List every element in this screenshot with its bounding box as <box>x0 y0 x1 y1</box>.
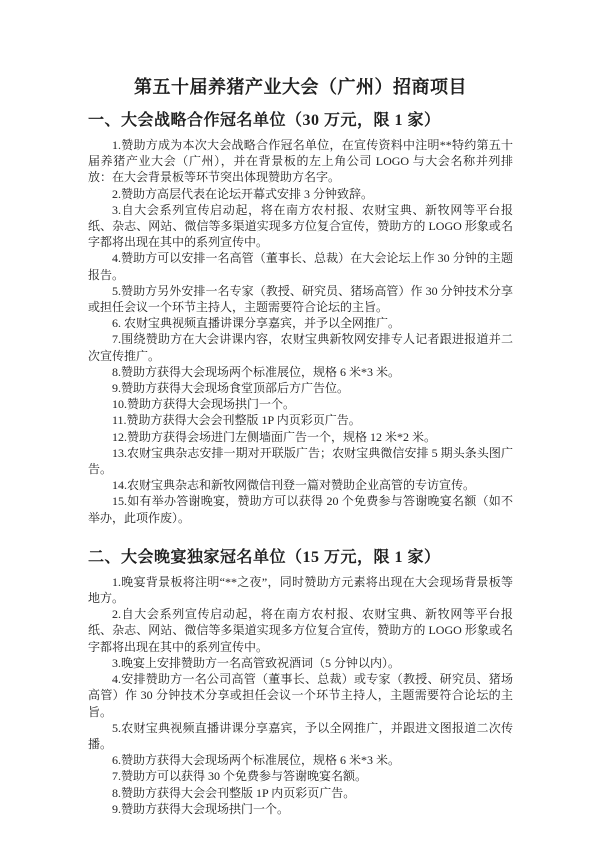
list-item: 2.赞助方高层代表在论坛开幕式安排 3 分钟致辞。 <box>88 186 513 202</box>
list-item: 7.赞助方可以获得 30 个免费参与答谢晚宴名额。 <box>88 768 513 784</box>
section-heading: 二、大会晚宴独家冠名单位（15 万元，限 1 家） <box>88 546 513 569</box>
list-item: 13.农财宝典杂志安排一期对开联版广告；农财宝典微信安排 5 期头条头图广告。 <box>88 445 513 477</box>
list-item: 1.晚宴背景板将注明“**之夜”，同时赞助方元素将出现在大会现场背景板等地方。 <box>88 574 513 606</box>
list-item: 10.赞助方获得大会现场拱门一个。 <box>88 396 513 412</box>
list-item: 8.赞助方获得大会会刊整版 1P 内页彩页广告。 <box>88 785 513 801</box>
list-item: 6.赞助方获得大会现场两个标准展位，规格 6 米*3 米。 <box>88 752 513 768</box>
list-item: 7.围绕赞助方在大会讲课内容，农财宝典新牧网安排专人记者跟进报道并二次宣传推广。 <box>88 331 513 363</box>
list-item: 8.赞助方获得大会现场两个标准展位，规格 6 米*3 米。 <box>88 364 513 380</box>
section-items: 1.晚宴背景板将注明“**之夜”，同时赞助方元素将出现在大会现场背景板等地方。 … <box>88 574 513 817</box>
list-item: 3.晚宴上安排赞助方一名高管致祝酒词（5 分钟以内）。 <box>88 655 513 671</box>
list-item: 9.赞助方获得大会现场拱门一个。 <box>88 801 513 817</box>
list-item: 14.农财宝典杂志和新牧网微信刊登一篇对赞助企业高管的专访宣传。 <box>88 477 513 493</box>
section-heading: 一、大会战略合作冠名单位（30 万元，限 1 家） <box>88 109 513 132</box>
document-section: 一、大会战略合作冠名单位（30 万元，限 1 家） 1.赞助方成为本次大会战略合… <box>88 109 513 526</box>
list-item: 2.自大会系列宣传启动起，将在南方农村报、农财宝典、新牧网等平台报纸、杂志、网站… <box>88 606 513 655</box>
document-content: 第五十届养猪产业大会（广州）招商项目 一、大会战略合作冠名单位（30 万元，限 … <box>0 0 600 817</box>
list-item: 4.赞助方可以安排一名高管（董事长、总裁）在大会论坛上作 30 分钟的主题报告。 <box>88 250 513 282</box>
document-page: 第五十届养猪产业大会（广州）招商项目 一、大会战略合作冠名单位（30 万元，限 … <box>0 0 600 848</box>
list-item: 15.如有举办答谢晚宴，赞助方可以获得 20 个免费参与答谢晚宴名额（如不举办，… <box>88 493 513 525</box>
list-item: 12.赞助方获得会场进门左侧墙面广告一个，规格 12 米*2 米。 <box>88 429 513 445</box>
section-items: 1.赞助方成为本次大会战略合作冠名单位，在宣传资料中注明**特约第五十届养猪产业… <box>88 137 513 526</box>
list-item: 11.赞助方获得大会会刊整版 1P 内页彩页广告。 <box>88 412 513 428</box>
list-item: 5.赞助方另外安排一名专家（教授、研究员、猪场高管）作 30 分钟技术分享或担任… <box>88 283 513 315</box>
list-item: 6. 农财宝典视频直播讲课分享嘉宾，并予以全网推广。 <box>88 315 513 331</box>
list-item: 9.赞助方获得大会现场食堂顶部后方广告位。 <box>88 380 513 396</box>
document-section: 二、大会晚宴独家冠名单位（15 万元，限 1 家） 1.晚宴背景板将注明“**之… <box>88 546 513 817</box>
list-item: 1.赞助方成为本次大会战略合作冠名单位，在宣传资料中注明**特约第五十届养猪产业… <box>88 137 513 186</box>
sections-container: 一、大会战略合作冠名单位（30 万元，限 1 家） 1.赞助方成为本次大会战略合… <box>88 109 513 817</box>
document-title: 第五十届养猪产业大会（广州）招商项目 <box>88 74 513 100</box>
list-item: 5.农财宝典视频直播讲课分享嘉宾，予以全网推广，并跟进文图报道二次传播。 <box>88 720 513 752</box>
list-item: 4.安排赞助方一名公司高管（董事长、总裁）或专家（教授、研究员、猪场高管）作 3… <box>88 671 513 720</box>
list-item: 3.自大会系列宣传启动起，将在南方农村报、农财宝典、新牧网等平台报纸、杂志、网站… <box>88 202 513 251</box>
